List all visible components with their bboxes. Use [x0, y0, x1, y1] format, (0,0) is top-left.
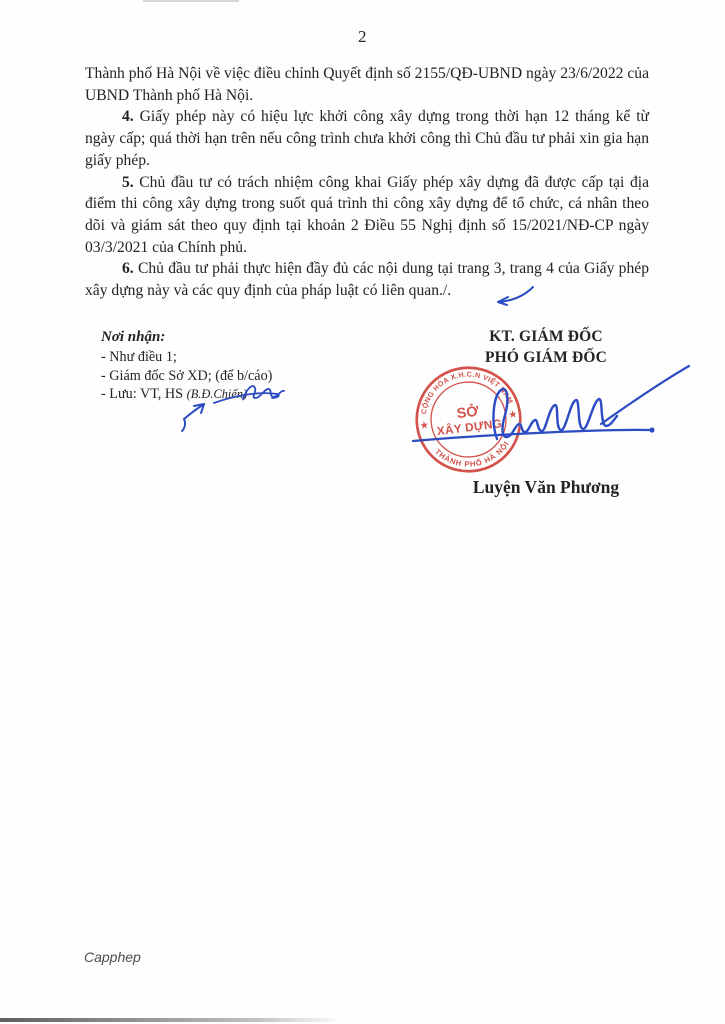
- paragraph-item-6: 6. Chủ đầu tư phải thực hiện đầy đủ các …: [85, 258, 649, 301]
- official-stamp: CỘNG HÒA X.H.C.N VIỆT NAM THÀNH PHỐ HÀ N…: [400, 351, 537, 488]
- recipient-item: - Giám đốc Sở XD; (để b/cáo): [101, 367, 272, 385]
- recipient-item: - Lưu: VT, HS (B.Đ.Chiến): [101, 385, 272, 403]
- paragraph-item-5: 5. Chủ đầu tư có trách nhiệm công khai G…: [85, 172, 649, 259]
- stamp-graphic: CỘNG HÒA X.H.C.N VIỆT NAM THÀNH PHỐ HÀ N…: [400, 351, 537, 488]
- recipient-note: (B.Đ.Chiến): [187, 387, 248, 401]
- paragraph-number: 5.: [122, 174, 134, 191]
- recipients-heading: Nơi nhận:: [101, 328, 272, 346]
- recipient-item: - Như điều 1;: [101, 348, 272, 366]
- page-number: 2: [0, 27, 725, 47]
- stamp-star-right-icon: ★: [508, 409, 518, 420]
- paragraph-text: Chủ đầu tư có trách nhiệm công khai Giấy…: [85, 174, 649, 256]
- scan-artifact-top: [143, 0, 239, 2]
- stamp-center-line1: SỞ: [456, 402, 481, 423]
- stamp-star-left-icon: ★: [420, 419, 430, 430]
- paragraph-text: Thành phố Hà Nội về việc điều chỉnh Quyế…: [85, 65, 649, 104]
- paragraph-continuation: Thành phố Hà Nội về việc điều chỉnh Quyế…: [85, 63, 649, 106]
- document-body-text: Thành phố Hà Nội về việc điều chỉnh Quyế…: [85, 63, 649, 302]
- recipient-item-text: - Lưu: VT, HS: [101, 386, 187, 402]
- signature-title-line1: KT. GIÁM ĐỐC: [426, 326, 666, 347]
- footer-code: Capphep: [84, 949, 141, 965]
- recipients-block: Nơi nhận: - Như điều 1; - Giám đốc Sở XD…: [101, 328, 272, 404]
- signer-name: Luyện Văn Phương: [426, 477, 666, 498]
- stamp-bottom-arc-text: THÀNH PHỐ HÀ NỘI: [432, 438, 513, 473]
- scanned-document-page: 2 Thành phố Hà Nội về việc điều chỉnh Qu…: [0, 0, 725, 1024]
- paragraph-text: Chủ đầu tư phải thực hiện đầy đủ các nội…: [85, 260, 649, 299]
- paragraph-number: 4.: [122, 108, 134, 125]
- stamp-center-line2: XÂY DỰNG: [436, 417, 503, 438]
- paragraph-number: 6.: [122, 260, 134, 277]
- paragraph-text: Giấy phép này có hiệu lực khởi công xây …: [85, 108, 649, 168]
- scan-artifact-bottom: [0, 1018, 342, 1022]
- paragraph-item-4: 4. Giấy phép này có hiệu lực khởi công x…: [85, 106, 649, 171]
